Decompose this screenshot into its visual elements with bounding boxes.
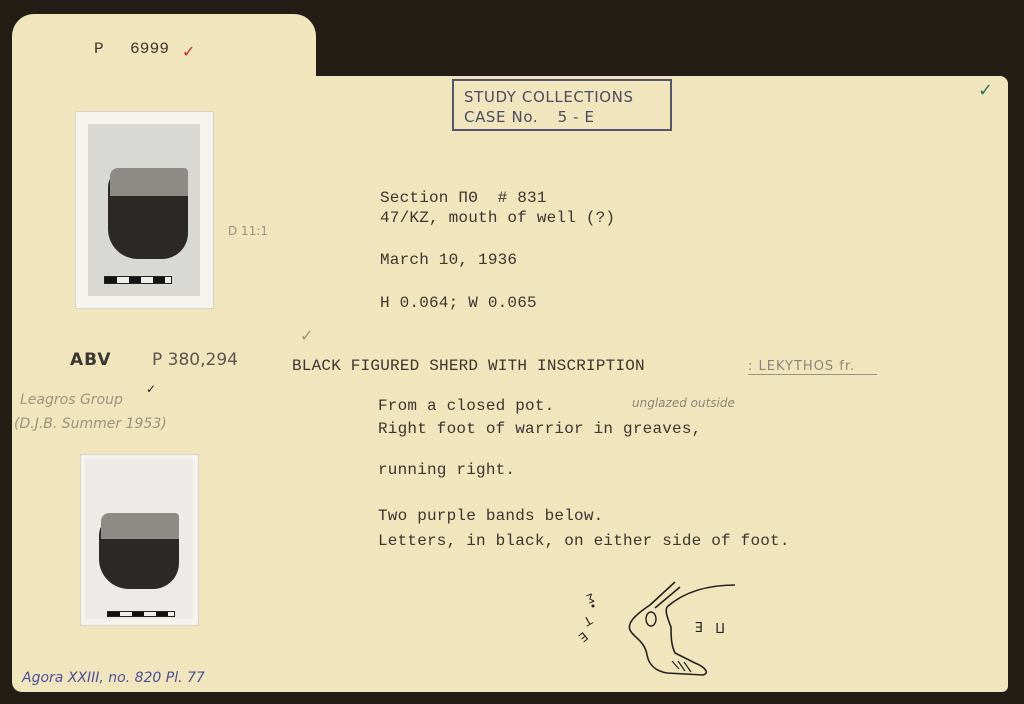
red-check-icon: ✓ (182, 42, 195, 61)
scale-bar (107, 611, 175, 617)
description-annotation: unglazed outside (632, 396, 735, 410)
find-date: March 10, 1936 (380, 251, 517, 269)
stamp-case-value: 5 - E (558, 108, 595, 126)
stamp-case-label: CASE No. (464, 108, 538, 126)
svg-text:Π: Π (715, 619, 725, 634)
svg-text:Σ: Σ (584, 590, 596, 606)
description-line-3: running right. (378, 461, 515, 479)
study-collections-stamp: STUDY COLLECTIONS CASE No. 5 - E (452, 79, 672, 131)
description-line-1: From a closed pot. (378, 397, 554, 415)
catalog-number: 6999 (130, 40, 169, 58)
attribution-group: Leagros Group (20, 392, 123, 408)
sherd-photo-top (75, 111, 214, 309)
description-line-2: Right foot of warrior in greaves, (378, 420, 701, 438)
sherd-photo-bottom (80, 454, 199, 626)
catalog-prefix: P (94, 40, 104, 58)
pencil-check-icon: ✓ (300, 326, 313, 345)
photo-note: D 11:1 (228, 224, 268, 238)
description-line-5: Letters, in black, on either side of foo… (378, 532, 790, 550)
location-line: 47/KZ, mouth of well (?) (380, 209, 615, 227)
stamp-line1: STUDY COLLECTIONS (464, 87, 670, 107)
attribution-source: (D.J.B. Summer 1953) (14, 416, 167, 432)
svg-text:Ε: Ε (695, 618, 703, 633)
dimensions: H 0.064; W 0.065 (380, 294, 537, 312)
publication-reference: Agora XXIII, no. 820 Pl. 77 (22, 670, 205, 686)
object-title: BLACK FIGURED SHERD WITH INSCRIPTION (292, 357, 645, 375)
section-line: Section ΠΘ # 831 (380, 189, 547, 207)
black-check-icon: ✓ (146, 382, 156, 396)
green-check-icon: ✓ (978, 80, 993, 101)
description-line-4: Two purple bands below. (378, 507, 603, 525)
svg-text:Τ: Τ (581, 612, 596, 629)
title-annotation: : LEKYTHOS fr. (748, 359, 877, 375)
abv-reference: P 380,294 (152, 350, 238, 370)
stamp-line2: CASE No. 5 - E (464, 107, 670, 127)
scale-bar (104, 276, 172, 284)
svg-text:Ε: Ε (576, 629, 591, 645)
foot-drawing: Σ Τ Ε Ε Π (575, 575, 745, 680)
abv-label: ABV (70, 350, 112, 370)
